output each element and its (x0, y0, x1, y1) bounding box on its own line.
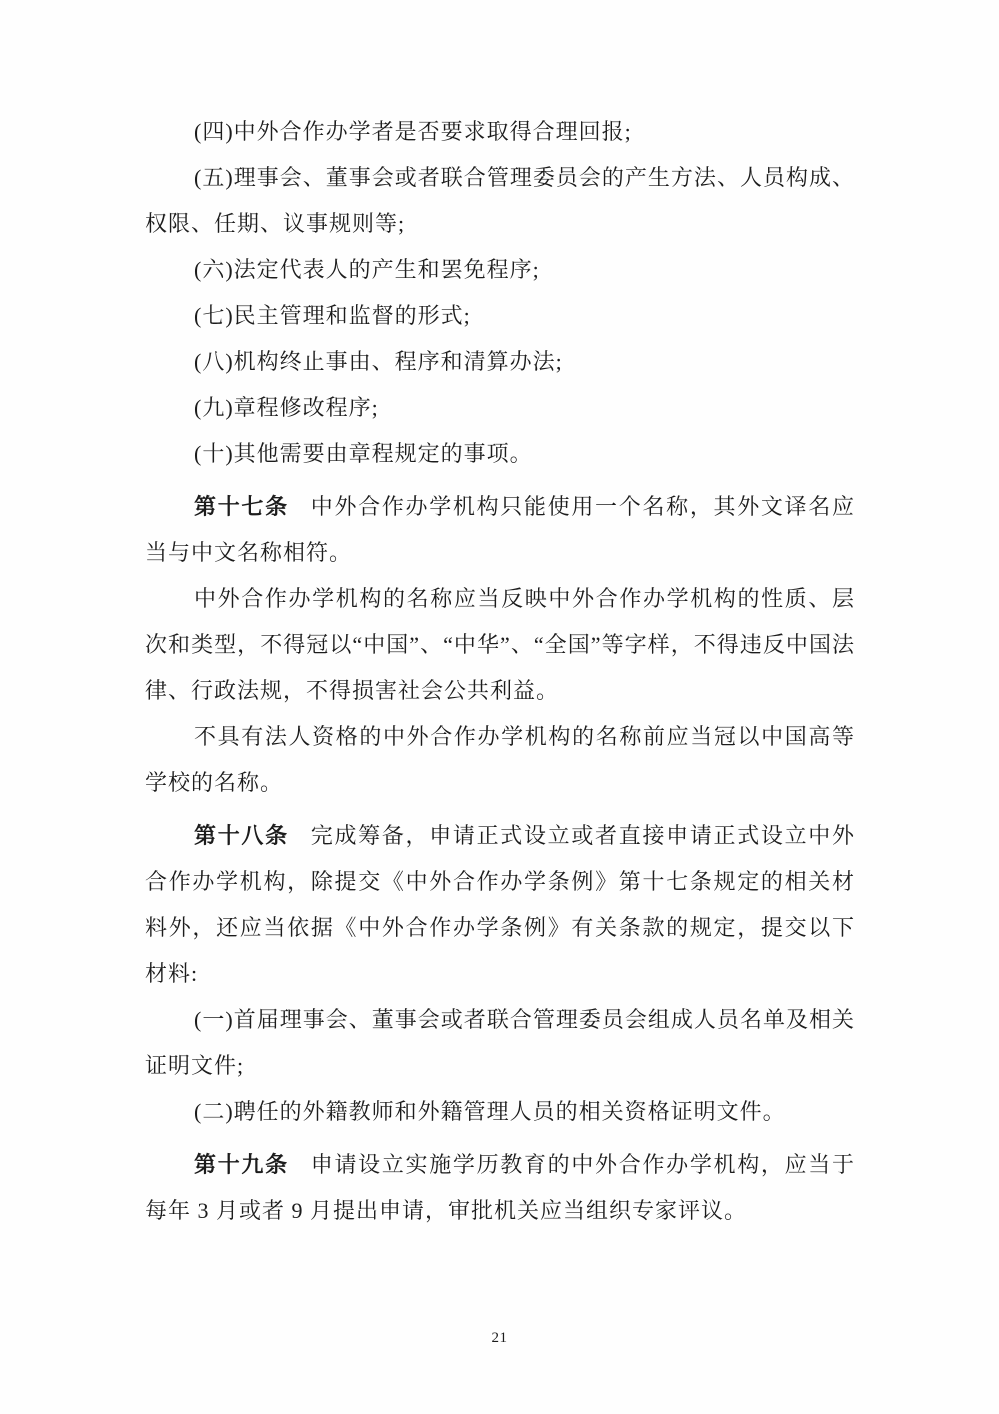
list-item-text: (七)民主管理和监督的形式; (194, 303, 471, 328)
list-item-text: (六)法定代表人的产生和罢免程序; (194, 257, 540, 282)
list-item-text: (五)理事会、董事会或者联合管理委员会的产生方法、人员构成、权限、任期、议事规则… (145, 165, 855, 236)
list-item-text: (八)机构终止事由、程序和清算办法; (194, 349, 563, 374)
document-body: (四)中外合作办学者是否要求取得合理回报; (五)理事会、董事会或者联合管理委员… (0, 0, 999, 1234)
body-paragraph-text: 中外合作办学机构的名称应当反映中外合作办学机构的性质、层次和类型，不得冠以“中国… (145, 586, 855, 703)
list-item: (七)民主管理和监督的形式; (145, 293, 855, 339)
list-item: (十)其他需要由章程规定的事项。 (145, 431, 855, 477)
list-item: (五)理事会、董事会或者联合管理委员会的产生方法、人员构成、权限、任期、议事规则… (145, 155, 855, 247)
article-paragraph: 第十八条完成筹备，申请正式设立或者直接申请正式设立中外合作办学机构，除提交《中外… (145, 813, 855, 997)
list-item: (六)法定代表人的产生和罢免程序; (145, 247, 855, 293)
list-item-text: (一)首届理事会、董事会或者联合管理委员会组成人员名单及相关证明文件; (145, 1007, 855, 1078)
document-page: (四)中外合作办学者是否要求取得合理回报; (五)理事会、董事会或者联合管理委员… (0, 0, 999, 1414)
list-item-text: (九)章程修改程序; (194, 395, 379, 420)
article-number: 第十九条 (194, 1152, 289, 1177)
article-number: 第十八条 (194, 823, 289, 848)
list-item-text: (十)其他需要由章程规定的事项。 (194, 441, 533, 466)
body-paragraph: 中外合作办学机构的名称应当反映中外合作办学机构的性质、层次和类型，不得冠以“中国… (145, 576, 855, 714)
list-item: (九)章程修改程序; (145, 385, 855, 431)
list-item: (八)机构终止事由、程序和清算办法; (145, 339, 855, 385)
list-item-text: (二)聘任的外籍教师和外籍管理人员的相关资格证明文件。 (194, 1099, 786, 1124)
body-paragraph: 不具有法人资格的中外合作办学机构的名称前应当冠以中国高等学校的名称。 (145, 714, 855, 806)
list-item: (一)首届理事会、董事会或者联合管理委员会组成人员名单及相关证明文件; (145, 997, 855, 1089)
page-number: 21 (0, 1330, 999, 1347)
list-item-text: (四)中外合作办学者是否要求取得合理回报; (194, 119, 632, 144)
body-paragraph-text: 不具有法人资格的中外合作办学机构的名称前应当冠以中国高等学校的名称。 (145, 724, 855, 795)
list-item: (四)中外合作办学者是否要求取得合理回报; (145, 109, 855, 155)
list-item: (二)聘任的外籍教师和外籍管理人员的相关资格证明文件。 (145, 1089, 855, 1135)
article-number: 第十七条 (194, 494, 289, 519)
article-paragraph: 第十七条中外合作办学机构只能使用一个名称，其外文译名应当与中文名称相符。 (145, 484, 855, 576)
article-paragraph: 第十九条申请设立实施学历教育的中外合作办学机构，应当于每年 3 月或者 9 月提… (145, 1142, 855, 1234)
